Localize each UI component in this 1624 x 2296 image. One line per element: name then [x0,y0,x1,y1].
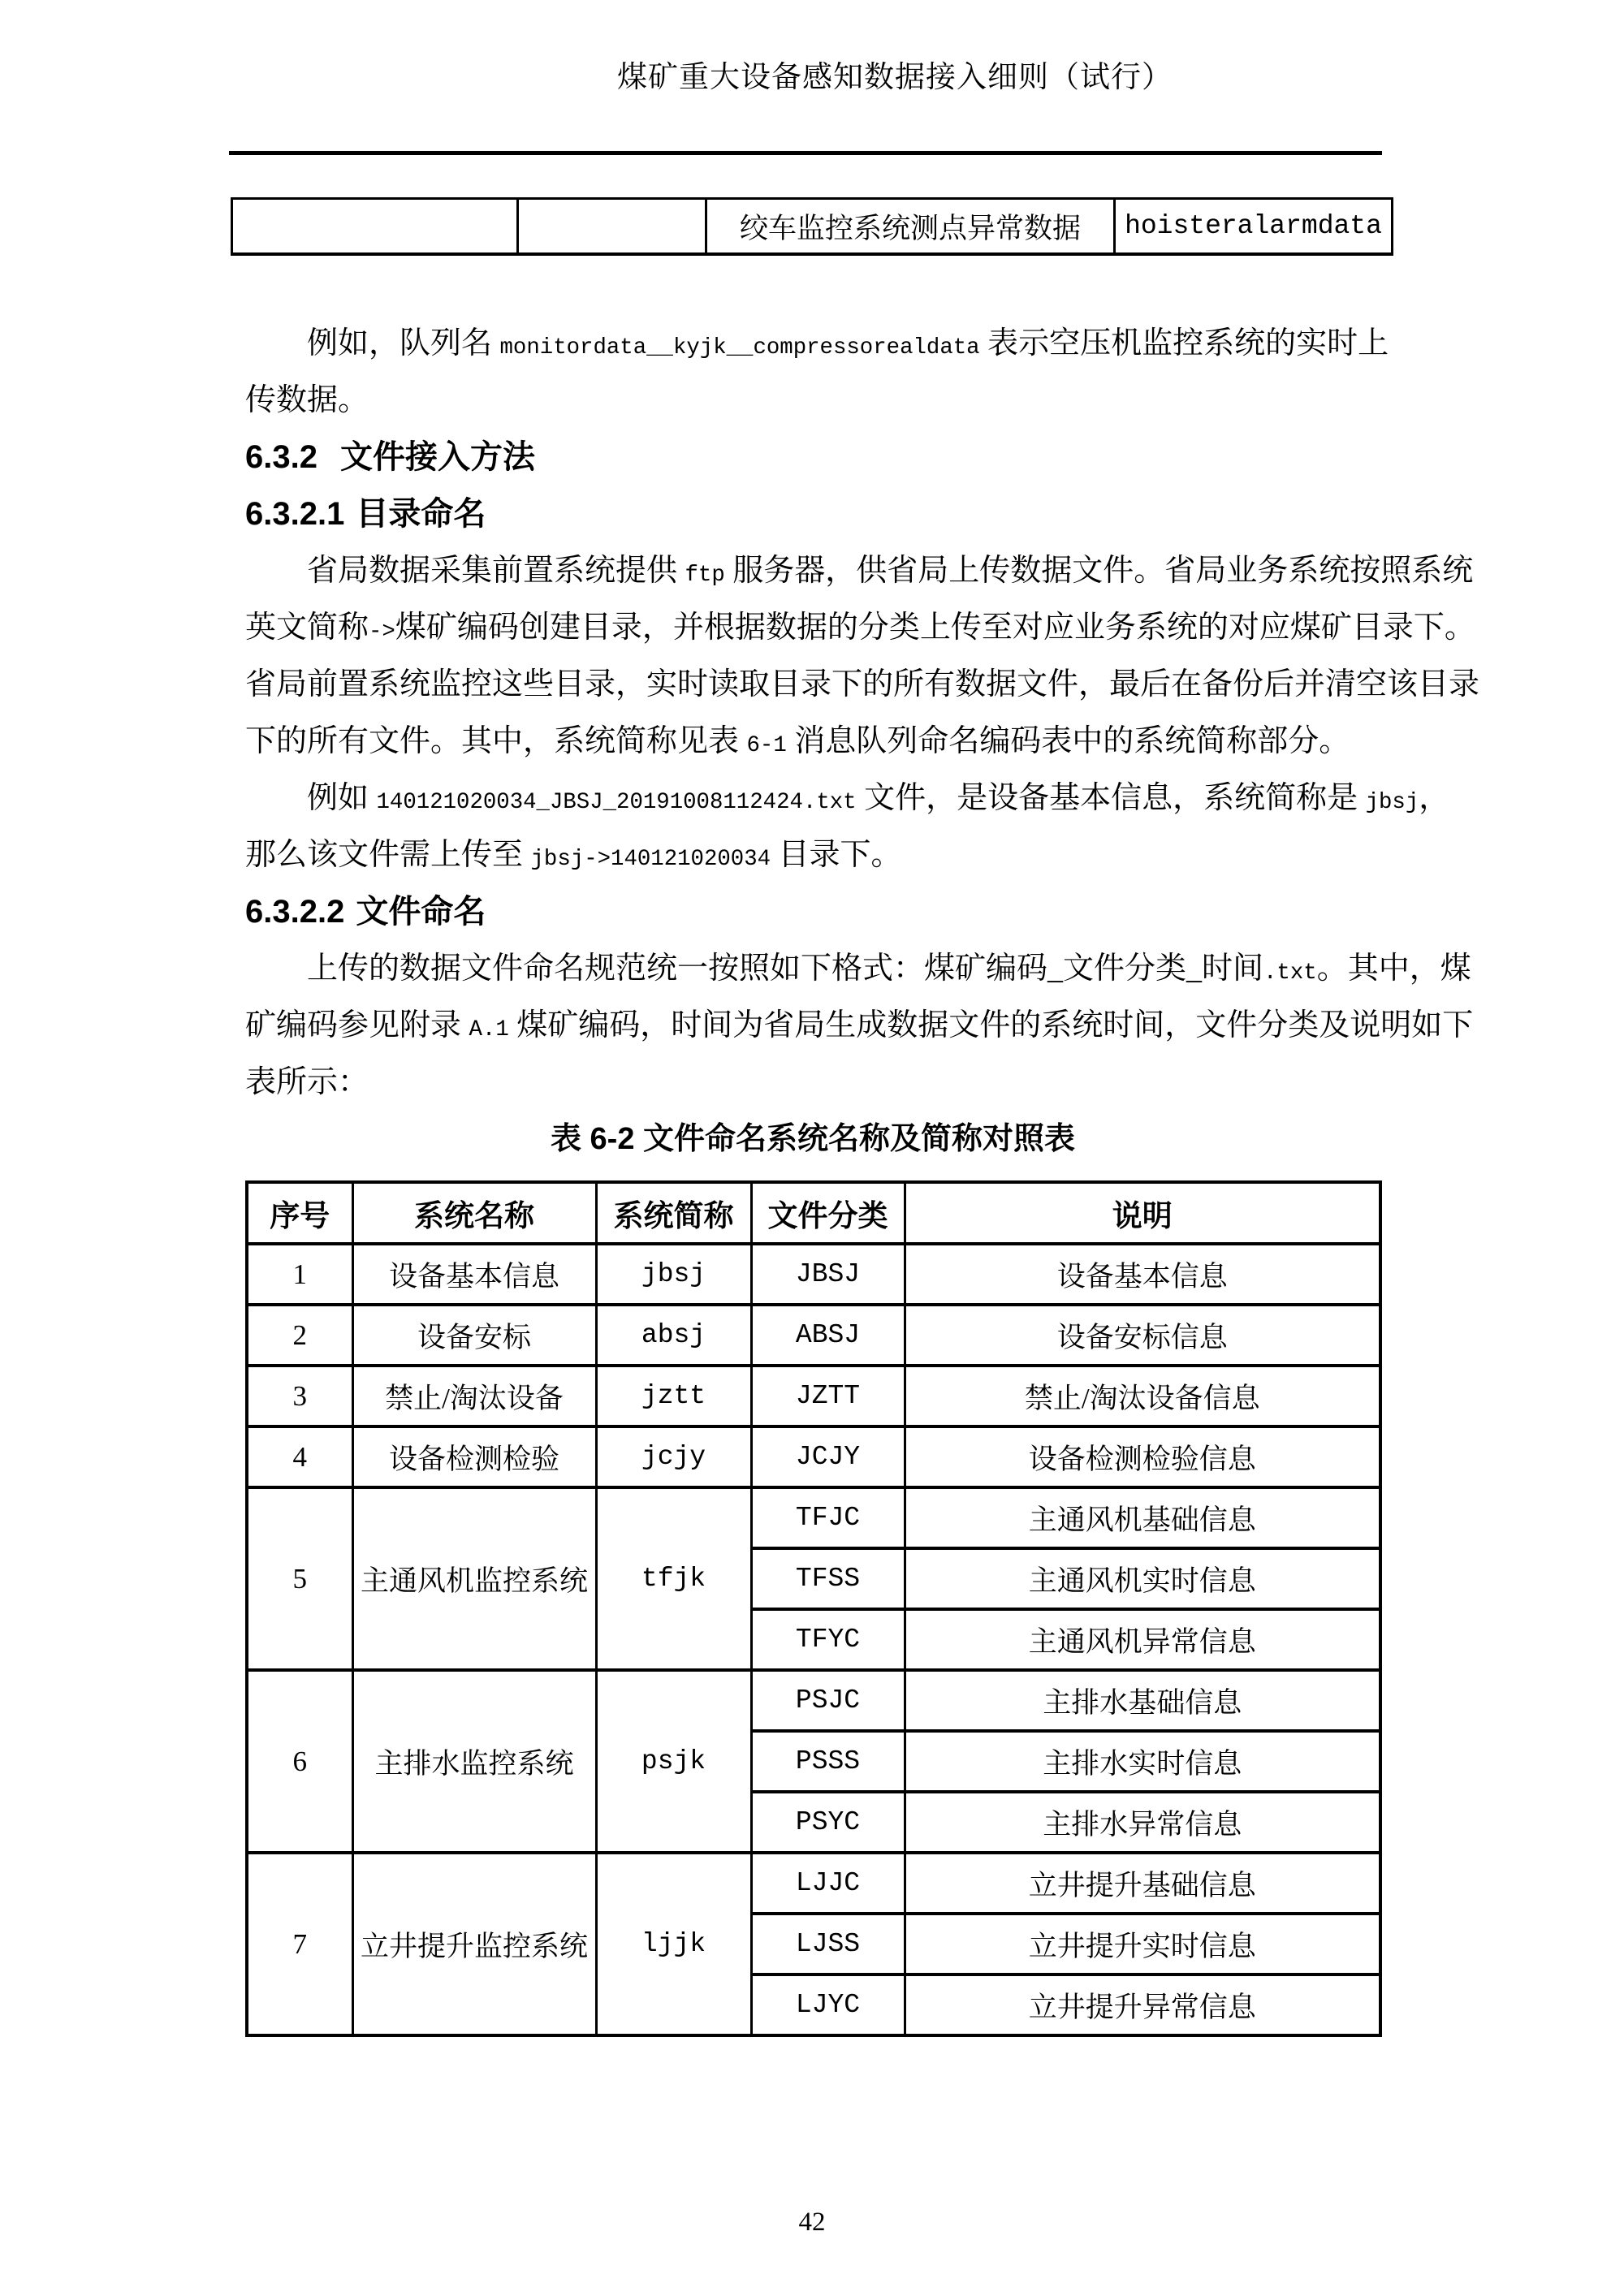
cell-no: 1 [247,1244,352,1305]
cell-system-name: 设备基本信息 [352,1244,596,1305]
cell-file-category: PSSS [751,1731,905,1792]
cell-file-category: PSYC [751,1792,905,1853]
cell-no: 6 [247,1670,352,1853]
header-rule [229,151,1382,155]
paragraph-line: 表所示： [245,1054,1380,1111]
column-header: 说明 [905,1182,1380,1244]
page-number: 42 [0,2194,1624,2251]
code-text: A.1 [469,1017,509,1042]
code-text: jbsj->140121020034 [531,847,771,872]
cell-no: 2 [247,1305,352,1366]
paragraph-line: 省局前置系统监控这些目录，实时读取目录下的所有数据文件，最后在备份后并清空该目录 [245,656,1380,713]
cell-system-abbr: tfjk [596,1487,751,1670]
cell-system-name: 立井提升监控系统 [352,1853,596,2035]
paragraph-line: 那么该文件需上传至 jbsj->140121020034 目录下。 [245,826,1380,883]
body-text: 例如，队列名 monitordata__kyjk__compressoreald… [245,315,1380,1167]
heading-number: 6.3.2 [245,439,317,475]
cell-file-category: JZTT [751,1366,905,1426]
cell-description: 设备安标信息 [905,1305,1380,1366]
table-row: 7立井提升监控系统ljjkLJJC立井提升基础信息 [247,1853,1380,1914]
cell-queue-description: 绞车监控系统测点异常数据 [706,199,1115,255]
cell-description: 立井提升基础信息 [905,1853,1380,1914]
cell-description: 设备基本信息 [905,1244,1380,1305]
cell-empty [232,199,518,255]
code-text: jbsj [1366,790,1419,815]
cell-system-name: 禁止/淘汰设备 [352,1366,596,1426]
cell-no: 7 [247,1853,352,2035]
code-text: 140121020034_JBSJ_20191008112424.txt [377,790,857,815]
section-heading: 6.3.2文件接入方法 [245,429,1380,486]
paragraph-line: 例如 140121020034_JBSJ_20191008112424.txt … [245,770,1380,826]
cell-empty [518,199,706,255]
cell-description: 主通风机实时信息 [905,1548,1380,1609]
cell-system-abbr: absj [596,1305,751,1366]
cell-no: 4 [247,1426,352,1487]
cell-no: 5 [247,1487,352,1670]
column-header: 序号 [247,1182,352,1244]
cell-file-category: TFYC [751,1609,905,1670]
heading-number: 6.3.2.2 [245,894,344,930]
table-caption: 表 6-2 文件命名系统名称及简称对照表 [245,1111,1380,1167]
column-header: 系统名称 [352,1182,596,1244]
cell-file-category: JCJY [751,1426,905,1487]
queue-table-fragment: 绞车监控系统测点异常数据 hoisteralarmdata [231,197,1393,256]
document-page: 煤矿重大设备感知数据接入细则（试行） 绞车监控系统测点异常数据 hoistera… [0,0,1624,2296]
paragraph-line: 英文简称->煤矿编码创建目录，并根据数据的分类上传至对应业务系统的对应煤矿目录下… [245,599,1380,656]
cell-system-name: 设备安标 [352,1305,596,1366]
table-row: 1设备基本信息jbsjJBSJ设备基本信息 [247,1244,1380,1305]
table-row: 3禁止/淘汰设备jzttJZTT禁止/淘汰设备信息 [247,1366,1380,1426]
paragraph-line: 矿编码参见附录 A.1 煤矿编码，时间为省局生成数据文件的系统时间，文件分类及说… [245,997,1380,1054]
cell-system-abbr: jbsj [596,1244,751,1305]
cell-file-category: LJJC [751,1853,905,1914]
cell-description: 主排水实时信息 [905,1731,1380,1792]
cell-description: 主通风机基础信息 [905,1487,1380,1548]
cell-description: 禁止/淘汰设备信息 [905,1366,1380,1426]
cell-system-name: 主排水监控系统 [352,1670,596,1853]
table-row: 4设备检测检验jcjyJCJY设备检测检验信息 [247,1426,1380,1487]
file-naming-table: 序号系统名称系统简称文件分类说明 1设备基本信息jbsjJBSJ设备基本信息2设… [245,1180,1382,2037]
code-text: .txt [1263,960,1317,986]
cell-file-category: TFSS [751,1548,905,1609]
heading-label: 目录命名 [356,496,486,532]
code-text: -> [369,619,395,645]
paragraph-line: 省局数据采集前置系统提供 ftp 服务器，供省局上传数据文件。省局业务系统按照系… [245,542,1380,599]
cell-description: 主通风机异常信息 [905,1609,1380,1670]
cell-system-abbr: ljjk [596,1853,751,2035]
paragraph-line: 传数据。 [245,372,1380,429]
heading-label: 文件命名 [356,894,486,930]
cell-description: 立井提升异常信息 [905,1974,1380,2035]
column-header: 系统简称 [596,1182,751,1244]
cell-description: 立井提升实时信息 [905,1914,1380,1974]
page-header-title: 煤矿重大设备感知数据接入细则（试行） [617,60,1173,96]
cell-system-abbr: psjk [596,1670,751,1853]
cell-description: 设备检测检验信息 [905,1426,1380,1487]
cell-file-category: LJSS [751,1914,905,1974]
cell-file-category: PSJC [751,1670,905,1731]
code-text: monitordata__kyjk__compressorealdata [500,335,980,360]
heading-label: 文件接入方法 [340,439,535,475]
cell-file-category: ABSJ [751,1305,905,1366]
paragraph-line: 上传的数据文件命名规范统一按照如下格式：煤矿编码_文件分类_时间.txt。其中，… [245,940,1380,997]
paragraph-line: 下的所有文件。其中，系统简称见表 6-1 消息队列命名编码表中的系统简称部分。 [245,713,1380,770]
cell-description: 主排水基础信息 [905,1670,1380,1731]
cell-file-category: TFJC [751,1487,905,1548]
paragraph-line: 例如，队列名 monitordata__kyjk__compressoreald… [245,315,1380,372]
code-text: 6-1 [747,733,787,758]
cell-system-abbr: jztt [596,1366,751,1426]
cell-file-category: LJYC [751,1974,905,2035]
table-row: 6主排水监控系统psjkPSJC主排水基础信息 [247,1670,1380,1731]
cell-system-name: 主通风机监控系统 [352,1487,596,1670]
table-header-row: 序号系统名称系统简称文件分类说明 [247,1182,1380,1244]
table-row: 绞车监控系统测点异常数据 hoisteralarmdata [232,199,1393,255]
cell-file-category: JBSJ [751,1244,905,1305]
section-heading: 6.3.2.2文件命名 [245,883,1380,940]
table-row: 5主通风机监控系统tfjkTFJC主通风机基础信息 [247,1487,1380,1548]
cell-system-name: 设备检测检验 [352,1426,596,1487]
cell-system-abbr: jcjy [596,1426,751,1487]
code-text: ftp [685,563,725,588]
cell-description: 主排水异常信息 [905,1792,1380,1853]
section-heading: 6.3.2.1目录命名 [245,486,1380,542]
cell-no: 3 [247,1366,352,1426]
heading-number: 6.3.2.1 [245,496,344,532]
column-header: 文件分类 [751,1182,905,1244]
cell-queue-code: hoisteralarmdata [1115,199,1393,255]
table-row: 2设备安标absjABSJ设备安标信息 [247,1305,1380,1366]
